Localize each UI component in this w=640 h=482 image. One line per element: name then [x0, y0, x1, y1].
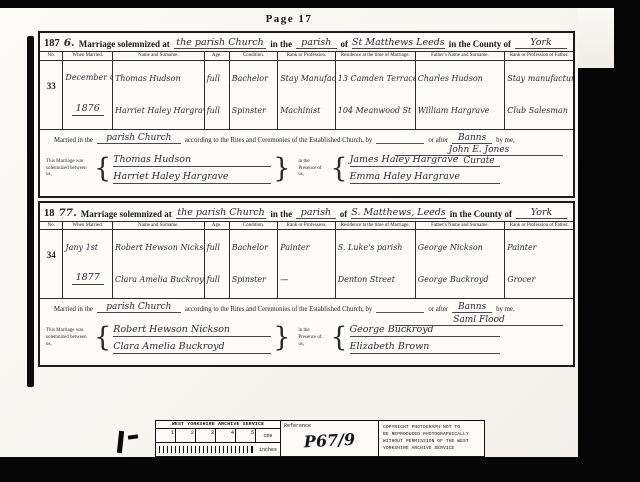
cm-ruler-row: 1 2 3 4 5 cms [156, 429, 280, 443]
cell-ages: full full [204, 230, 229, 299]
title-text: in the County of [449, 39, 511, 49]
brace-glyph: { [94, 157, 111, 181]
header-row: No. When Married. Name and Surname. Age.… [40, 221, 573, 230]
reference-number: P67/9 [281, 428, 379, 452]
cell-father-professions: Stay manufacturer Club Salesman [505, 60, 573, 129]
blank-line [376, 135, 424, 144]
entry-title: 1876. Marriage solemnized at the parish … [40, 33, 573, 51]
marriage-entry-1876: 1876. Marriage solemnized at the parish … [38, 31, 575, 198]
column-header: Residence at the time of Marriage. [335, 52, 415, 61]
column-header: No. [40, 221, 63, 230]
column-header: Age. [204, 52, 229, 61]
archive-scale-card: WEST YORKSHIRE ARCHIVE SERVICE 1 2 3 4 5… [156, 421, 281, 456]
header-row: No. When Married. Name and Surname. Age.… [40, 52, 573, 61]
officiant-signature: Saml Flood [395, 315, 563, 326]
marriage-register: 1876. Marriage solemnized at the parish … [38, 31, 575, 370]
copyright-line: WITHOUT PERMISSION OF THE WEST [383, 438, 483, 445]
cell-conditions: Bachelor Spinster [229, 60, 278, 129]
cell-no: 34 [40, 230, 63, 299]
reference-label: Reference [281, 421, 378, 429]
column-header: When Married. [63, 52, 113, 61]
solemnized-label: This Marriage was solemnized between us, [46, 328, 92, 348]
title-text: of [340, 209, 348, 219]
column-header: Condition. [229, 52, 278, 61]
brace-glyph: } [273, 157, 290, 181]
column-header: Name and Surname. [112, 221, 204, 230]
banns-written: Banns [452, 302, 492, 313]
cms-label: cms [256, 429, 280, 442]
title-text: Marriage solemnized at [81, 209, 172, 219]
cell-fathers: George Nickson George Buckroyd [415, 230, 505, 299]
archive-name: WEST YORKSHIRE ARCHIVE SERVICE [156, 421, 280, 429]
brace-glyph: } [273, 326, 290, 350]
cell-when-married: Jany 1st 1877 [63, 230, 113, 299]
photo-frame: Page 17 1876. Marriage solemnized at the… [0, 0, 640, 482]
cell-professions: Painter — [278, 230, 336, 299]
column-header: Age. [204, 221, 229, 230]
married-in-line: Married in the parish Church according t… [40, 130, 573, 144]
year-printed: 187 [44, 38, 60, 49]
column-header: Residence at the time of Marriage. [335, 221, 415, 230]
column-header: Father's Name and Surname. [415, 52, 505, 61]
archive-label-strip: WEST YORKSHIRE ARCHIVE SERVICE 1 2 3 4 5… [155, 420, 485, 457]
cell-residences: 13 Camden Terrace 104 Meanwood St [335, 60, 415, 129]
cell-fathers: Charles Hudson William Hargrave [415, 60, 505, 129]
married-place: parish Church [97, 302, 181, 313]
column-header: Rank or Profession. [278, 52, 336, 61]
married-place: parish Church [97, 133, 181, 144]
cell-no: 33 [40, 60, 63, 129]
title-text: in the [270, 39, 292, 49]
register-table: No. When Married. Name and Surname. Age.… [40, 51, 573, 130]
column-header: Rank or Profession of Father. [505, 52, 573, 61]
inches-label: inches [256, 443, 280, 456]
page-corner [578, 8, 614, 68]
entry-title: 1877. Marriage solemnized at the parish … [40, 203, 573, 221]
column-header: When Married. [63, 221, 113, 230]
register-table: No. When Married. Name and Surname. Age.… [40, 221, 573, 300]
solemnized-place: the parish Church [176, 207, 267, 219]
year-printed: 18 [44, 208, 55, 219]
party-signatures: Robert Hewson Nickson Clara Amelia Buckr… [113, 324, 271, 354]
copyright-line: YORKSHIRE ARCHIVE SERVICE [383, 445, 483, 452]
banns-written: Banns [452, 133, 492, 144]
column-header: No. [40, 52, 63, 61]
copyright-card: COPYRIGHT PHOTOGRAPH NOT TO BE REPRODUCE… [379, 421, 484, 456]
column-header: Rank or Profession of Father. [505, 221, 573, 230]
title-text: Marriage solemnized at [79, 39, 170, 49]
officiant-signature: John E. Jones Curate [395, 145, 563, 166]
cm-ruler: 1 2 3 4 5 [156, 429, 256, 442]
blank-line [376, 304, 424, 313]
county-name: York [515, 37, 567, 49]
title-text: in the County of [450, 209, 512, 219]
solemnized-label: This Marriage was solemnized between us, [46, 159, 92, 179]
cell-when-married: December 4th 1876 [63, 60, 113, 129]
record-row: 34 Jany 1st 1877 Robert Hewson Nickson C… [40, 230, 573, 299]
county-name: York [516, 207, 567, 219]
column-header: Father's Name and Surname. [415, 221, 505, 230]
presence-label: in the Presence of us, [298, 159, 328, 179]
binding-shadow [27, 36, 34, 387]
copyright-line: BE REPRODUCED PHOTOGRAPHICALLY [383, 431, 483, 438]
year-written: 6. [64, 37, 75, 49]
cell-residences: S. Luke's parish Denton Street [335, 230, 415, 299]
brace-glyph: { [94, 326, 111, 350]
reference-card: Reference P67/9 [281, 421, 379, 456]
married-in-line: Married in the parish Church according t… [40, 299, 573, 313]
presence-label: in the Presence of us, [298, 328, 328, 348]
column-header: Rank or Profession. [278, 221, 336, 230]
cell-father-professions: Painter Grocer [505, 230, 573, 299]
cell-names: Thomas Hudson Harriet Haley Hargrave [112, 60, 204, 129]
cell-professions: Stay Manufacturer Machinist [278, 60, 336, 129]
registration-marks [116, 431, 142, 455]
title-text: in the [270, 209, 292, 219]
record-row: 33 December 4th 1876 Thomas Hudson Harri… [40, 60, 573, 129]
page-number: Page 17 [0, 13, 578, 25]
inch-ruler [159, 446, 253, 453]
solemnized-place: the parish Church [174, 37, 267, 49]
copyright-line: COPYRIGHT PHOTOGRAPH NOT TO [383, 424, 483, 431]
parish-name: St Matthews Leeds [352, 37, 445, 49]
district: parish [296, 37, 337, 49]
party-signatures: Thomas Hudson Harriet Haley Hargrave [113, 154, 271, 184]
year-written: 77. [59, 207, 77, 219]
witness-signatures: George Buckroyd Elizabeth Brown [350, 324, 500, 354]
cell-conditions: Bachelor Spinster [229, 230, 278, 299]
column-header: Condition. [229, 221, 278, 230]
inch-ruler-row: inches [156, 443, 280, 456]
title-text: of [341, 39, 349, 49]
brace-glyph: { [330, 326, 347, 350]
parish-name: S. Matthews, Leeds [351, 207, 446, 219]
brace-glyph: { [330, 157, 347, 181]
cell-ages: full full [204, 60, 229, 129]
district: parish [296, 207, 336, 219]
column-header: Name and Surname. [112, 52, 204, 61]
marriage-entry-1877: 1877. Marriage solemnized at the parish … [38, 201, 575, 368]
cell-names: Robert Hewson Nickson Clara Amelia Buckr… [112, 230, 204, 299]
